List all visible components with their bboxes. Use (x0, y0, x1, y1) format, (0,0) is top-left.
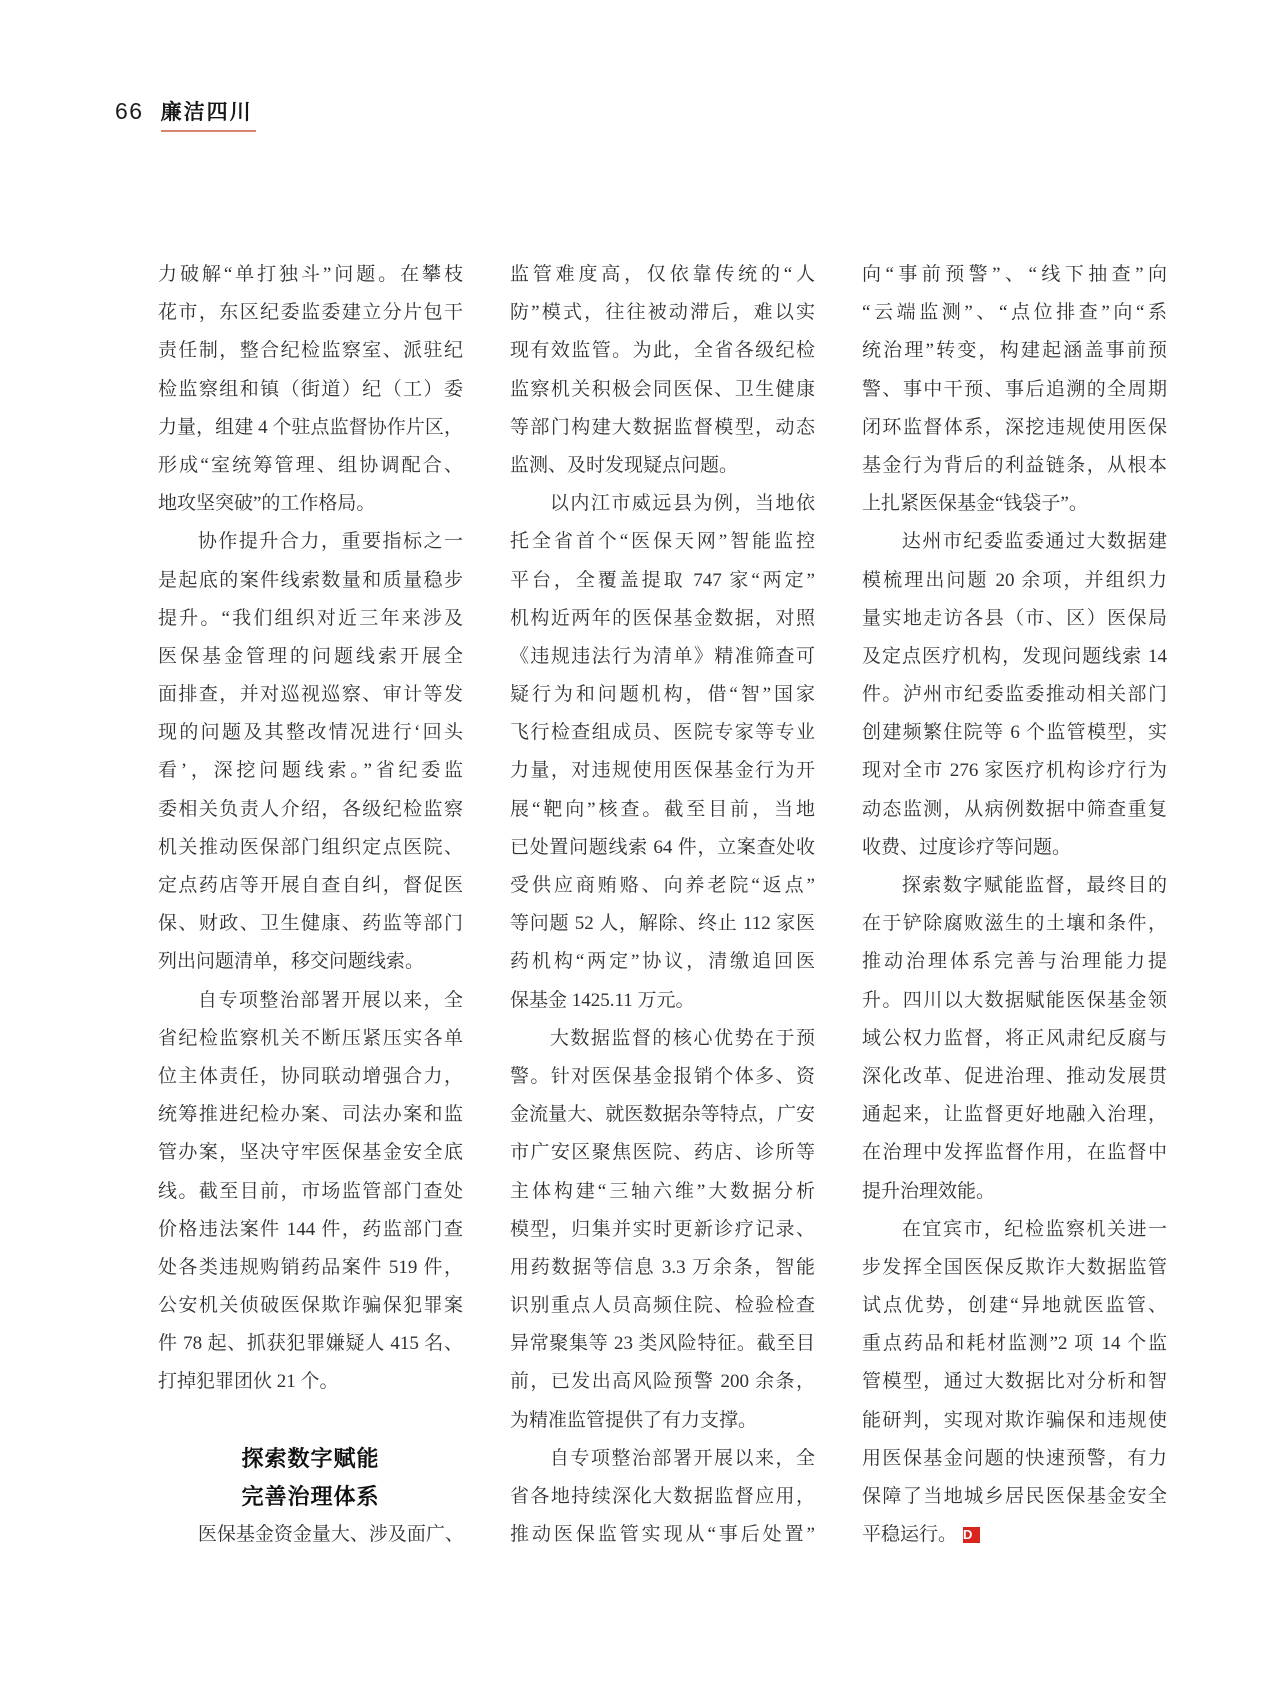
text-line: 通起来，让监督更好地融入治理， (862, 1096, 1167, 1134)
text-line: 定点药店等开展自查自纠，督促医 (158, 867, 463, 905)
text-line: 疑行为和问题机构，借“智”国家 (510, 676, 815, 714)
text-line: 试点优势，创建“异地就医监管、 (862, 1287, 1167, 1325)
text-line: 重点药品和耗材监测”2 项 14 个监 (862, 1325, 1167, 1363)
text-line: 飞行检查组成员、医院专家等专业 (510, 714, 815, 752)
text-line: 件 78 起、抓获犯罪嫌疑人 415 名、 (158, 1325, 463, 1363)
text-line: 警。针对医保基金报销个体多、资 (510, 1058, 815, 1096)
text-line: 保基金 1425.11 万元。 (510, 982, 815, 1020)
section-heading-line: 探索数字赋能 (158, 1440, 463, 1478)
text-line: 保障了当地城乡居民医保基金安全 (862, 1478, 1167, 1516)
text-line: 自专项整治部署开展以来，全 (510, 1440, 815, 1478)
text-line: 深化改革、促进治理、推动发展贯 (862, 1058, 1167, 1096)
text-line: 医保基金管理的问题线索开展全 (158, 638, 463, 676)
text-line: 力破解“单打独斗”问题。在攀枝 (158, 256, 463, 294)
text-line: 省纪检监察机关不断压紧压实各单 (158, 1020, 463, 1058)
text-line: 检监察组和镇（街道）纪（工）委 (158, 371, 463, 409)
text-line: 推动医保监管实现从“事后处置” (510, 1516, 815, 1554)
text-line: 保、财政、卫生健康、药监等部门 (158, 905, 463, 943)
text-line: 现有效监管。为此，全省各级纪检 (510, 332, 815, 370)
text-line: 处各类违规购销药品案件 519 件， (158, 1249, 463, 1287)
text-line: 量实地走访各县（市、区）医保局 (862, 600, 1167, 638)
text-line: 推动治理体系完善与治理能力提 (862, 943, 1167, 981)
text-line: 面排查，并对巡视巡察、审计等发 (158, 676, 463, 714)
text-line: 统治理”转变，构建起涵盖事前预 (862, 332, 1167, 370)
text-line: 及定点医疗机构，发现问题线索 14 (862, 638, 1167, 676)
text-line: 位主体责任，协同联动增强合力， (158, 1058, 463, 1096)
blank-line (158, 1402, 463, 1440)
text-line: 公安机关侦破医保欺诈骗保犯罪案 (158, 1287, 463, 1325)
text-line: 花市，东区纪委监委建立分片包干 (158, 294, 463, 332)
text-line: 市广安区聚焦医院、药店、诊所等 (510, 1134, 815, 1172)
text-line: 前，已发出高风险预警 200 余条， (510, 1363, 815, 1401)
text-line: 在于铲除腐败滋生的土壤和条件， (862, 905, 1167, 943)
text-line: 能研判，实现对欺诈骗保和违规使 (862, 1402, 1167, 1440)
text-line: 主体构建“三轴六维”大数据分析 (510, 1173, 815, 1211)
text-line: 创建频繁住院等 6 个监管模型，实 (862, 714, 1167, 752)
text-line: 以内江市威远县为例，当地依 (510, 485, 815, 523)
text-column-2: 监管难度高，仅依靠传统的“人防”模式，往往被动滞后，难以实现有效监管。为此，全省… (510, 256, 815, 1554)
text-line: 看’，深挖问题线索。”省纪委监 (158, 752, 463, 790)
text-line: 用药数据等信息 3.3 万余条，智能 (510, 1249, 815, 1287)
text-line: 域公权力监督，将正风肃纪反腐与 (862, 1020, 1167, 1058)
text-line: 线。截至目前，市场监管部门查处 (158, 1173, 463, 1211)
text-column-1: 力破解“单打独斗”问题。在攀枝花市，东区纪委监委建立分片包干责任制，整合纪检监察… (158, 256, 463, 1554)
text-line: 基金行为背后的利益链条，从根本 (862, 447, 1167, 485)
text-line: 现对全市 276 家医疗机构诊疗行为 (862, 752, 1167, 790)
text-line: 上扎紧医保基金“钱袋子”。 (862, 485, 1167, 523)
section-heading-line: 完善治理体系 (158, 1478, 463, 1516)
text-line: 价格违法案件 144 件，药监部门查 (158, 1211, 463, 1249)
text-line: 协作提升合力，重要指标之一 (158, 523, 463, 561)
text-line: 在宜宾市，纪检监察机关进一 (862, 1211, 1167, 1249)
text-line: 形成“室统筹管理、组协调配合、 (158, 447, 463, 485)
text-line: 已处置问题线索 64 件，立案查处收 (510, 829, 815, 867)
text-line: 向“事前预警”、“线下抽查”向 (862, 256, 1167, 294)
magazine-page: 66 廉洁四川 力破解“单打独斗”问题。在攀枝花市，东区纪委监委建立分片包干责任… (0, 0, 1280, 1689)
text-line: 药机构“两定”协议，清缴追回医 (510, 943, 815, 981)
text-line: 大数据监督的核心优势在于预 (510, 1020, 815, 1058)
text-line: 件。泸州市纪委监委推动相关部门 (862, 676, 1167, 714)
text-line: 闭环监督体系，深挖违规使用医保 (862, 409, 1167, 447)
text-line: 金流量大、就医数据杂等特点，广安 (510, 1096, 815, 1134)
text-line: 责任制，整合纪检监察室、派驻纪 (158, 332, 463, 370)
text-line: 管办案，坚决守牢医保基金安全底 (158, 1134, 463, 1172)
text-line: 达州市纪委监委通过大数据建 (862, 523, 1167, 561)
text-line: 机构近两年的医保基金数据，对照 (510, 600, 815, 638)
text-line: 托全省首个“医保天网”智能监控 (510, 523, 815, 561)
text-line: 机关推动医保部门组织定点医院、 (158, 829, 463, 867)
article-end-mark: D (963, 1527, 980, 1543)
text-line: 现的问题及其整改情况进行‘回头 (158, 714, 463, 752)
text-line: 是起底的案件线索数量和质量稳步 (158, 562, 463, 600)
text-column-3: 向“事前预警”、“线下抽查”向“云端监测”、“点位排查”向“系统治理”转变，构建… (862, 256, 1167, 1554)
text-line: 监管难度高，仅依靠传统的“人 (510, 256, 815, 294)
text-line: 打掉犯罪团伙 21 个。 (158, 1363, 463, 1401)
text-line: 异常聚集等 23 类风险特征。截至目 (510, 1325, 815, 1363)
text-line: 模型，归集并实时更新诊疗记录、 (510, 1211, 815, 1249)
text-line: 省各地持续深化大数据监督应用， (510, 1478, 815, 1516)
masthead-title: 廉洁四川 (161, 96, 256, 132)
text-line: 步发挥全国医保反欺诈大数据监管 (862, 1249, 1167, 1287)
text-line: 警、事中干预、事后追溯的全周期 (862, 371, 1167, 409)
text-line: 统筹推进纪检办案、司法办案和监 (158, 1096, 463, 1134)
running-head: 66 廉洁四川 (115, 96, 256, 132)
text-line: 受供应商贿赂、向养老院“返点” (510, 867, 815, 905)
text-line: 探索数字赋能监督，最终目的 (862, 867, 1167, 905)
text-line: 提升。“我们组织对近三年来涉及 (158, 600, 463, 638)
text-line: 力量，对违规使用医保基金行为开 (510, 752, 815, 790)
text-line: 等问题 52 人，解除、终止 112 家医 (510, 905, 815, 943)
page-number: 66 (115, 98, 144, 125)
text-line: 用医保基金问题的快速预警，有力 (862, 1440, 1167, 1478)
text-line: 监测、及时发现疑点问题。 (510, 447, 815, 485)
text-line: 列出问题清单，移交问题线索。 (158, 943, 463, 981)
text-line: 动态监测，从病例数据中筛查重复 (862, 791, 1167, 829)
text-line: 自专项整治部署开展以来，全 (158, 982, 463, 1020)
text-line: 收费、过度诊疗等问题。 (862, 829, 1167, 867)
text-line: 为精准监管提供了有力支撑。 (510, 1402, 815, 1440)
text-line: 在治理中发挥监督作用，在监督中 (862, 1134, 1167, 1172)
text-line: 提升治理效能。 (862, 1173, 1167, 1211)
text-line: 等部门构建大数据监督模型，动态 (510, 409, 815, 447)
text-line: 《违规违法行为清单》精准筛查可 (510, 638, 815, 676)
text-line: 展“靶向”核查。截至目前，当地 (510, 791, 815, 829)
text-line: 管模型，通过大数据比对分析和智 (862, 1363, 1167, 1401)
text-line: 防”模式，往往被动滞后，难以实 (510, 294, 815, 332)
text-line: 平稳运行。D (862, 1516, 1167, 1554)
text-line: 模梳理出问题 20 余项，并组织力 (862, 562, 1167, 600)
text-line: 识别重点人员高频住院、检验检查 (510, 1287, 815, 1325)
text-line: 升。四川以大数据赋能医保基金领 (862, 982, 1167, 1020)
text-line: 力量，组建 4 个驻点监督协作片区， (158, 409, 463, 447)
text-line: 医保基金资金量大、涉及面广、 (158, 1516, 463, 1554)
text-line: 平台，全覆盖提取 747 家“两定” (510, 562, 815, 600)
text-line: “云端监测”、“点位排查”向“系 (862, 294, 1167, 332)
text-line: 监察机关积极会同医保、卫生健康 (510, 371, 815, 409)
text-line: 委相关负责人介绍，各级纪检监察 (158, 791, 463, 829)
text-line: 地攻坚突破”的工作格局。 (158, 485, 463, 523)
